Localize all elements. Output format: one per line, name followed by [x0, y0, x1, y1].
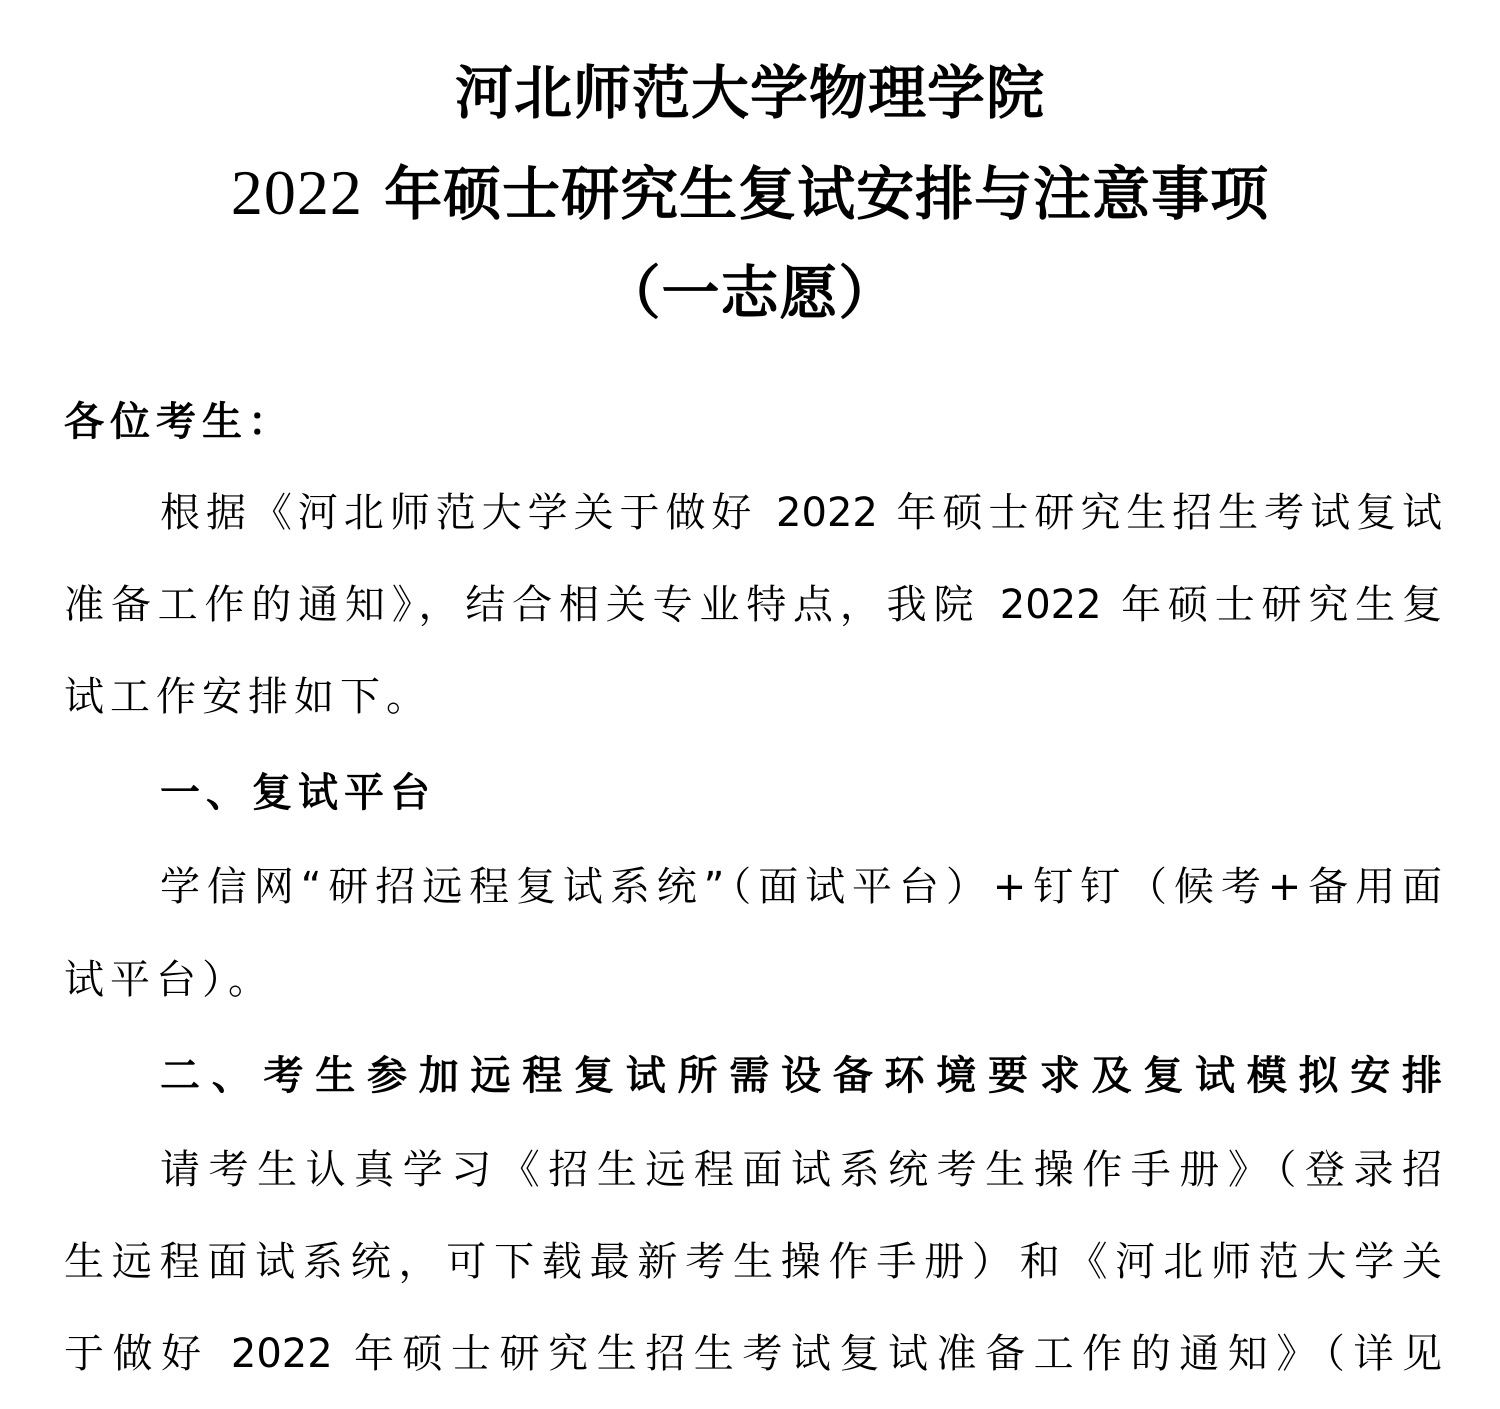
- paragraph-1-line-3: 试工作安排如下。: [64, 672, 1442, 722]
- title-line-1: 河北师范大学物理学院: [0, 58, 1500, 128]
- title-line-2-text: 年硕士研究生复试安排与注意事项: [363, 160, 1269, 228]
- section-1-line-2: 试平台）。: [64, 955, 1442, 1005]
- section-2-heading: 二、考生参加远程复试所需设备环境要求及复试模拟安排: [160, 1051, 1442, 1101]
- salutation: 各位考生：: [64, 397, 1442, 447]
- title-year: 2022: [231, 157, 363, 228]
- section-1-line-1: 学信网“研招远程复试系统”（面试平台）+钉钉（候考+备用面: [160, 862, 1442, 912]
- section-2-line-2: 生远程面试系统，可下载最新考生操作手册）和《河北师范大学关: [64, 1237, 1442, 1287]
- title-line-2: 2022 年硕士研究生复试安排与注意事项: [0, 158, 1500, 229]
- section-1-heading: 一、复试平台: [160, 768, 1442, 818]
- document-page: 河北师范大学物理学院 2022 年硕士研究生复试安排与注意事项 （一志愿） 各位…: [0, 0, 1500, 1409]
- section-2-line-1: 请考生认真学习《招生远程面试系统考生操作手册》（登录招: [160, 1145, 1442, 1195]
- paragraph-1-line-2: 准备工作的通知》，结合相关专业特点，我院 2022 年硕士研究生复: [64, 580, 1442, 630]
- section-2-line-3: 于做好 2022 年硕士研究生招生考试复试准备工作的通知》（详见: [64, 1329, 1442, 1379]
- paragraph-1-line-1: 根据《河北师范大学关于做好 2022 年硕士研究生招生考试复试: [160, 488, 1442, 538]
- title-line-3: （一志愿）: [0, 258, 1500, 328]
